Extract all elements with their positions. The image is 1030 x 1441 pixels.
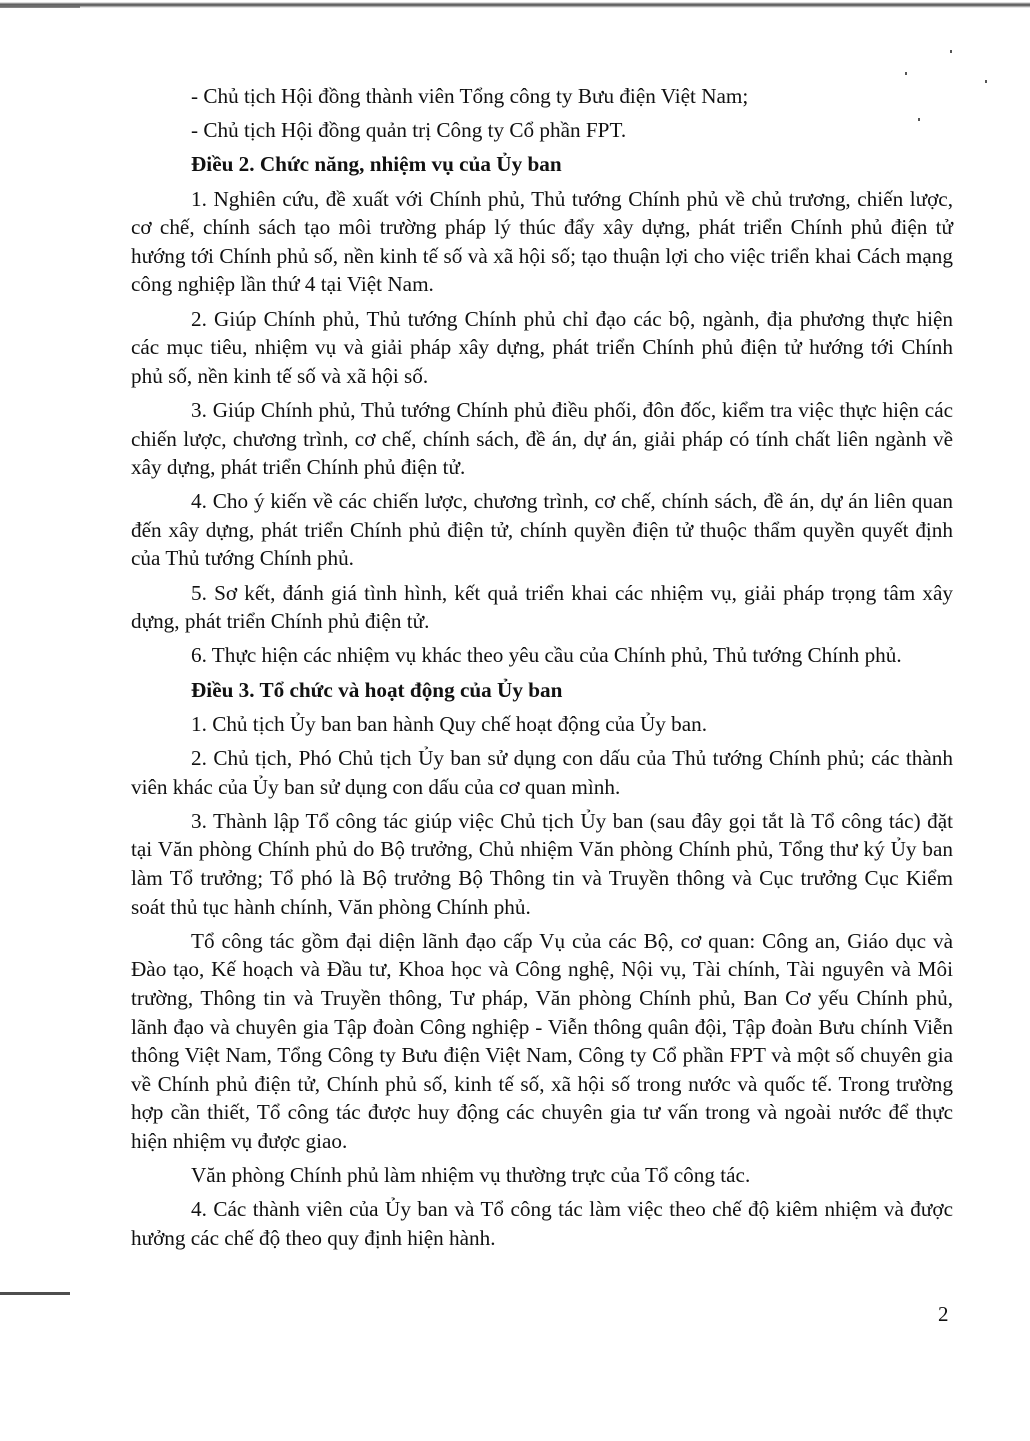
member-bullet: - Chủ tịch Hội đồng thành viên Tổng công… xyxy=(131,82,953,111)
scan-dot-artifact xyxy=(905,72,907,75)
page-number: 2 xyxy=(938,1302,949,1327)
scan-dot-artifact xyxy=(985,80,987,83)
article-3-heading: Điều 3. Tổ chức và hoạt động của Ủy ban xyxy=(131,676,953,705)
article-2-item: 4. Cho ý kiến về các chiến lược, chương … xyxy=(131,487,953,573)
article-3-item: 3. Thành lập Tổ công tác giúp việc Chủ t… xyxy=(131,807,953,921)
scan-dot-artifact xyxy=(950,50,952,53)
scan-edge-artifact xyxy=(0,6,80,8)
article-3-item: 2. Chủ tịch, Phó Chủ tịch Ủy ban sử dụng… xyxy=(131,744,953,801)
article-2-item: 6. Thực hiện các nhiệm vụ khác theo yêu … xyxy=(131,641,953,670)
article-2-item: 3. Giúp Chính phủ, Thủ tướng Chính phủ đ… xyxy=(131,396,953,482)
article-3-item: 4. Các thành viên của Ủy ban và Tổ công … xyxy=(131,1195,953,1252)
member-bullet: - Chủ tịch Hội đồng quản trị Công ty Cổ … xyxy=(131,116,953,145)
scan-edge-artifact xyxy=(0,2,1030,8)
article-3-item: Tổ công tác gồm đại diện lãnh đạo cấp Vụ… xyxy=(131,927,953,1156)
document-body: - Chủ tịch Hội đồng thành viên Tổng công… xyxy=(131,82,953,1258)
article-2-item: 5. Sơ kết, đánh giá tình hình, kết quả t… xyxy=(131,579,953,636)
scan-mark-artifact xyxy=(0,1292,70,1295)
document-page: - Chủ tịch Hội đồng thành viên Tổng công… xyxy=(0,0,1030,1441)
article-2-heading: Điều 2. Chức năng, nhiệm vụ của Ủy ban xyxy=(131,150,953,179)
article-2-item: 2. Giúp Chính phủ, Thủ tướng Chính phủ c… xyxy=(131,305,953,391)
article-3-item: Văn phòng Chính phủ làm nhiệm vụ thường … xyxy=(131,1161,953,1190)
article-2-item: 1. Nghiên cứu, đề xuất với Chính phủ, Th… xyxy=(131,185,953,299)
article-3-item: 1. Chủ tịch Ủy ban ban hành Quy chế hoạt… xyxy=(131,710,953,739)
